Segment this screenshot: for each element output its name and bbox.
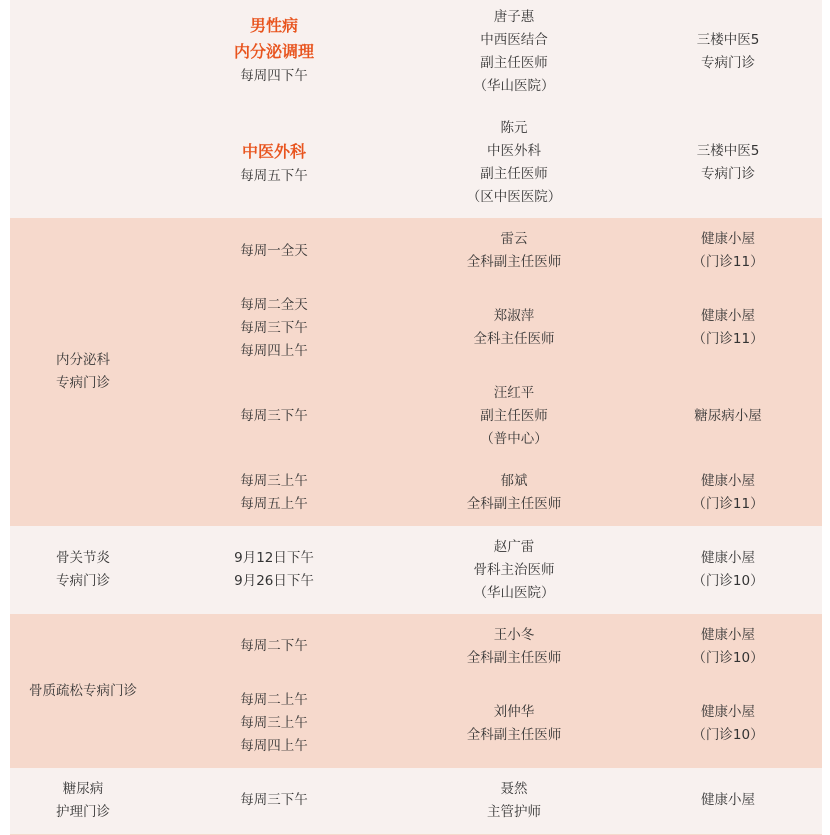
schedule-time: 每周五下午 bbox=[180, 165, 368, 188]
location-line: 专病门诊 bbox=[636, 163, 820, 186]
doctor-name: 聂然 bbox=[420, 778, 608, 801]
time-line: 每周二全天 bbox=[180, 294, 368, 317]
doctor-specialty: 中西医结合 bbox=[420, 29, 608, 52]
time-line: 每周三上午 bbox=[180, 712, 368, 735]
location-line: （门诊10） bbox=[636, 724, 820, 747]
department-category: 内分泌科 专病门诊 bbox=[10, 349, 156, 395]
schedule-time: 每周二全天 每周三下午 每周四上午 bbox=[180, 294, 368, 363]
category-line: 专病门诊 bbox=[10, 570, 156, 593]
doctor-title: 副主任医师 bbox=[420, 52, 608, 75]
doctor-name: 唐子惠 bbox=[420, 6, 608, 29]
clinic-location: 健康小屋 （门诊10） bbox=[636, 624, 820, 670]
category-line: 内分泌科 bbox=[10, 349, 156, 372]
location-line: 三楼中医5 bbox=[636, 140, 820, 163]
time-line: 每周五上午 bbox=[180, 493, 368, 516]
doctor-info: 郁斌 全科副主任医师 bbox=[420, 470, 608, 516]
location-line: 健康小屋 bbox=[636, 305, 820, 328]
location-line: 三楼中医5 bbox=[636, 29, 820, 52]
time-line: 每周二上午 bbox=[180, 689, 368, 712]
location-line: 健康小屋 bbox=[636, 547, 820, 570]
doctor-title: 全科副主任医师 bbox=[420, 724, 608, 747]
clinic-entry-title: 男性病 内分泌调理 每周四下午 bbox=[180, 13, 368, 88]
time-line: 每周三下午 bbox=[180, 789, 368, 812]
doctor-title: 副主任医师 bbox=[420, 163, 608, 186]
doctor-title: 全科副主任医师 bbox=[420, 251, 608, 274]
location-line: （门诊11） bbox=[636, 328, 820, 351]
doctor-info: 王小冬 全科副主任医师 bbox=[420, 624, 608, 670]
doctor-hospital: （华山医院） bbox=[420, 582, 608, 605]
doctor-title: 全科副主任医师 bbox=[420, 647, 608, 670]
clinic-title-line: 内分泌调理 bbox=[180, 39, 368, 65]
schedule-time: 每周二上午 每周三上午 每周四上午 bbox=[180, 689, 368, 758]
schedule-time: 9月12日下午 9月26日下午 bbox=[180, 547, 368, 593]
location-line: （门诊10） bbox=[636, 647, 820, 670]
doctor-title: 全科主任医师 bbox=[420, 328, 608, 351]
doctor-info: 汪红平 副主任医师 （普中心） bbox=[420, 382, 608, 451]
clinic-title-line: 中医外科 bbox=[180, 139, 368, 165]
doctor-info: 雷云 全科副主任医师 bbox=[420, 228, 608, 274]
time-line: 每周三上午 bbox=[180, 470, 368, 493]
doctor-name: 郁斌 bbox=[420, 470, 608, 493]
time-line: 每周四上午 bbox=[180, 340, 368, 363]
doctor-name: 郑淑萍 bbox=[420, 305, 608, 328]
time-line: 每周二下午 bbox=[180, 635, 368, 658]
clinic-location: 健康小屋 （门诊10） bbox=[636, 547, 820, 593]
schedule-time: 每周三下午 bbox=[180, 789, 368, 812]
doctor-info: 陈元 中医外科 副主任医师 （区中医医院） bbox=[420, 117, 608, 209]
clinic-location: 糖尿病小屋 bbox=[636, 405, 820, 428]
doctor-hospital: （普中心） bbox=[420, 428, 608, 451]
doctor-info: 郑淑萍 全科主任医师 bbox=[420, 305, 608, 351]
category-line: 专病门诊 bbox=[10, 372, 156, 395]
department-category: 糖尿病 护理门诊 bbox=[10, 778, 156, 824]
schedule-time: 每周一全天 bbox=[180, 240, 368, 263]
location-line: 专病门诊 bbox=[636, 52, 820, 75]
category-line: 骨质疏松专病门诊 bbox=[10, 680, 156, 703]
clinic-location: 三楼中医5 专病门诊 bbox=[636, 140, 820, 186]
department-category: 骨关节炎 专病门诊 bbox=[10, 547, 156, 593]
location-line: 健康小屋 bbox=[636, 228, 820, 251]
location-line: 健康小屋 bbox=[636, 624, 820, 647]
doctor-title: 全科副主任医师 bbox=[420, 493, 608, 516]
doctor-info: 赵广雷 骨科主治医师 （华山医院） bbox=[420, 536, 608, 605]
clinic-location: 健康小屋 （门诊11） bbox=[636, 305, 820, 351]
doctor-title: 骨科主治医师 bbox=[420, 559, 608, 582]
time-line: 每周四上午 bbox=[180, 735, 368, 758]
doctor-title: 主管护师 bbox=[420, 801, 608, 824]
doctor-info: 聂然 主管护师 bbox=[420, 778, 608, 824]
doctor-name: 雷云 bbox=[420, 228, 608, 251]
location-line: （门诊11） bbox=[636, 251, 820, 274]
category-line: 骨关节炎 bbox=[10, 547, 156, 570]
time-line: 9月12日下午 bbox=[180, 547, 368, 570]
clinic-location: 三楼中医5 专病门诊 bbox=[636, 29, 820, 75]
location-line: 健康小屋 bbox=[636, 470, 820, 493]
doctor-name: 王小冬 bbox=[420, 624, 608, 647]
clinic-entry-title: 中医外科 每周五下午 bbox=[180, 139, 368, 188]
clinic-location: 健康小屋 （门诊11） bbox=[636, 470, 820, 516]
doctor-hospital: （华山医院） bbox=[420, 75, 608, 98]
location-line: 糖尿病小屋 bbox=[636, 405, 820, 428]
doctor-info: 唐子惠 中西医结合 副主任医师 （华山医院） bbox=[420, 6, 608, 98]
schedule-time: 每周三上午 每周五上午 bbox=[180, 470, 368, 516]
doctor-name: 陈元 bbox=[420, 117, 608, 140]
doctor-name: 刘仲华 bbox=[420, 701, 608, 724]
doctor-name: 汪红平 bbox=[420, 382, 608, 405]
category-line: 糖尿病 bbox=[10, 778, 156, 801]
time-line: 9月26日下午 bbox=[180, 570, 368, 593]
time-line: 每周三下午 bbox=[180, 405, 368, 428]
department-category: 骨质疏松专病门诊 bbox=[10, 680, 156, 703]
location-line: 健康小屋 bbox=[636, 789, 820, 812]
schedule-time: 每周三下午 bbox=[180, 405, 368, 428]
clinic-title-line: 男性病 bbox=[180, 13, 368, 39]
location-line: 健康小屋 bbox=[636, 701, 820, 724]
clinic-location: 健康小屋 bbox=[636, 789, 820, 812]
doctor-hospital: （区中医医院） bbox=[420, 186, 608, 209]
location-line: （门诊10） bbox=[636, 570, 820, 593]
schedule-time: 每周二下午 bbox=[180, 635, 368, 658]
time-line: 每周一全天 bbox=[180, 240, 368, 263]
location-line: （门诊11） bbox=[636, 493, 820, 516]
doctor-name: 赵广雷 bbox=[420, 536, 608, 559]
schedule-time: 每周四下午 bbox=[180, 65, 368, 88]
doctor-title: 副主任医师 bbox=[420, 405, 608, 428]
clinic-location: 健康小屋 （门诊11） bbox=[636, 228, 820, 274]
time-line: 每周三下午 bbox=[180, 317, 368, 340]
category-line: 护理门诊 bbox=[10, 801, 156, 824]
doctor-specialty: 中医外科 bbox=[420, 140, 608, 163]
clinic-location: 健康小屋 （门诊10） bbox=[636, 701, 820, 747]
doctor-info: 刘仲华 全科副主任医师 bbox=[420, 701, 608, 747]
